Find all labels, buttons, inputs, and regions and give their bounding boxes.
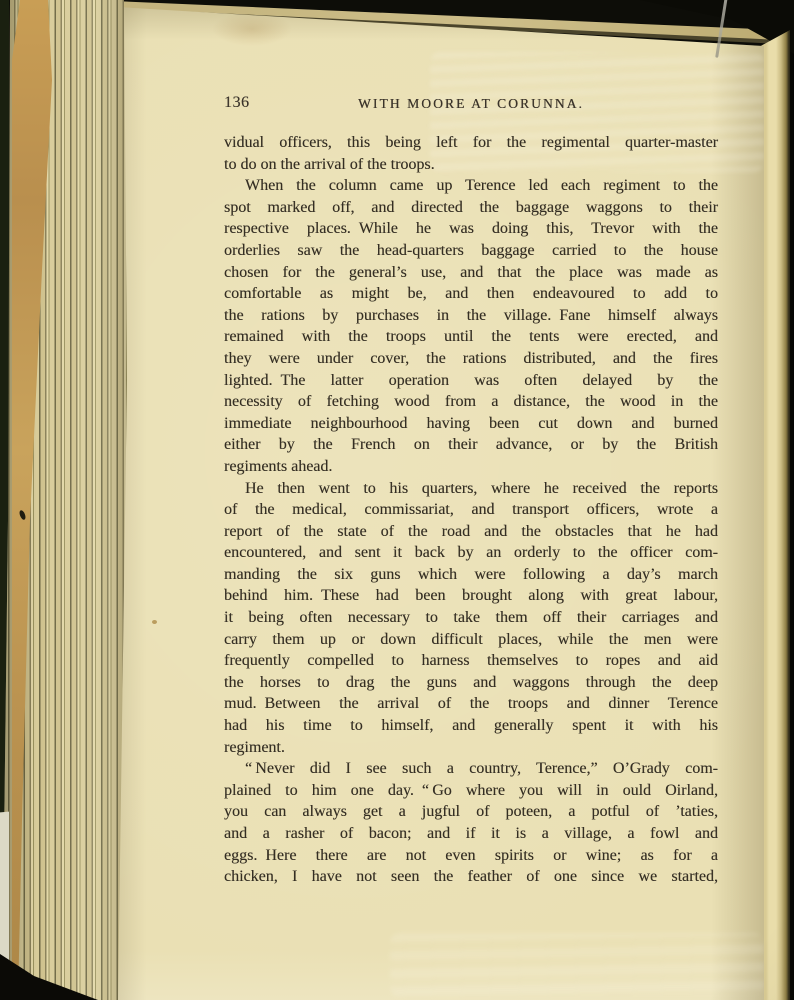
text-line: regiment. [224, 737, 718, 759]
text-line: eggs. Here there are not even spirits or… [224, 845, 718, 867]
paragraph: He then went to his quarters, where he r… [224, 478, 718, 759]
scanned-book-photo: 136 WITH MOORE AT CORUNNA. vidual office… [0, 0, 794, 1000]
running-header: WITH MOORE AT CORUNNA. [224, 96, 718, 112]
text-line: vidual officers, this being left for the… [224, 132, 718, 154]
paper-fleck [152, 620, 157, 624]
text-line: plained to him one day. “ Go where you w… [224, 780, 718, 802]
text-line: you can always get a jugful of poteen, a… [224, 801, 718, 823]
text-line: chosen for the general’s use, and that t… [224, 262, 718, 284]
text-line: chicken, I have not seen the feather of … [224, 866, 718, 888]
text-line: mud. Between the arrival of the troops a… [224, 693, 718, 715]
text-line: and a rasher of bacon; and if it is a vi… [224, 823, 718, 845]
text-line: orderlies saw the head-quarters baggage … [224, 240, 718, 262]
scan-glare-bottom [390, 933, 764, 997]
text-line: immediate neighbourhood having been cut … [224, 413, 718, 435]
paragraph: When the column came up Terence led each… [224, 175, 718, 477]
text-line: spot marked off, and directed the baggag… [224, 197, 718, 219]
text-line: carry them up or down difficult places, … [224, 629, 718, 651]
paragraph: vidual officers, this being left for the… [224, 132, 718, 175]
page-header: 136 WITH MOORE AT CORUNNA. [224, 94, 718, 116]
text-line: the rations by purchases in the village.… [224, 305, 718, 327]
text-line: When the column came up Terence led each… [224, 175, 718, 197]
text-line: lighted. The latter operation was often … [224, 370, 718, 392]
paper-glint [0, 812, 9, 963]
text-line: necessity of fetching wood from a distan… [224, 391, 718, 413]
text-line: either by the French on their advance, o… [224, 434, 718, 456]
paragraph: “ Never did I see such a country, Terenc… [224, 758, 718, 888]
text-line: the horses to drag the guns and waggons … [224, 672, 718, 694]
text-line: respective places. While he was doing th… [224, 218, 718, 240]
text-line: to do on the arrival of the troops. [224, 154, 718, 176]
page-text: vidual officers, this being left for the… [224, 132, 718, 888]
text-line: He then went to his quarters, where he r… [224, 478, 718, 500]
text-line: remained with the troops until the tents… [224, 326, 718, 348]
paper-stain [212, 12, 292, 46]
text-line: it being often necessary to take them of… [224, 607, 718, 629]
text-line: had his time to himself, and generally s… [224, 715, 718, 737]
text-line: they were under cover, the rations distr… [224, 348, 718, 370]
text-line: comfortable as might be, and then endeav… [224, 283, 718, 305]
text-line: “ Never did I see such a country, Terenc… [224, 758, 718, 780]
text-line: of the medical, commissariat, and transp… [224, 499, 718, 521]
text-line: behind him. These had been brought along… [224, 585, 718, 607]
book-page: 136 WITH MOORE AT CORUNNA. vidual office… [100, 0, 764, 1000]
text-line: manding the six guns which were followin… [224, 564, 718, 586]
text-line: encountered, and sent it back by an orde… [224, 542, 718, 564]
text-line: frequently compelled to harness themselv… [224, 650, 718, 672]
text-line: regiments ahead. [224, 456, 718, 478]
text-line: report of the state of the road and the … [224, 521, 718, 543]
